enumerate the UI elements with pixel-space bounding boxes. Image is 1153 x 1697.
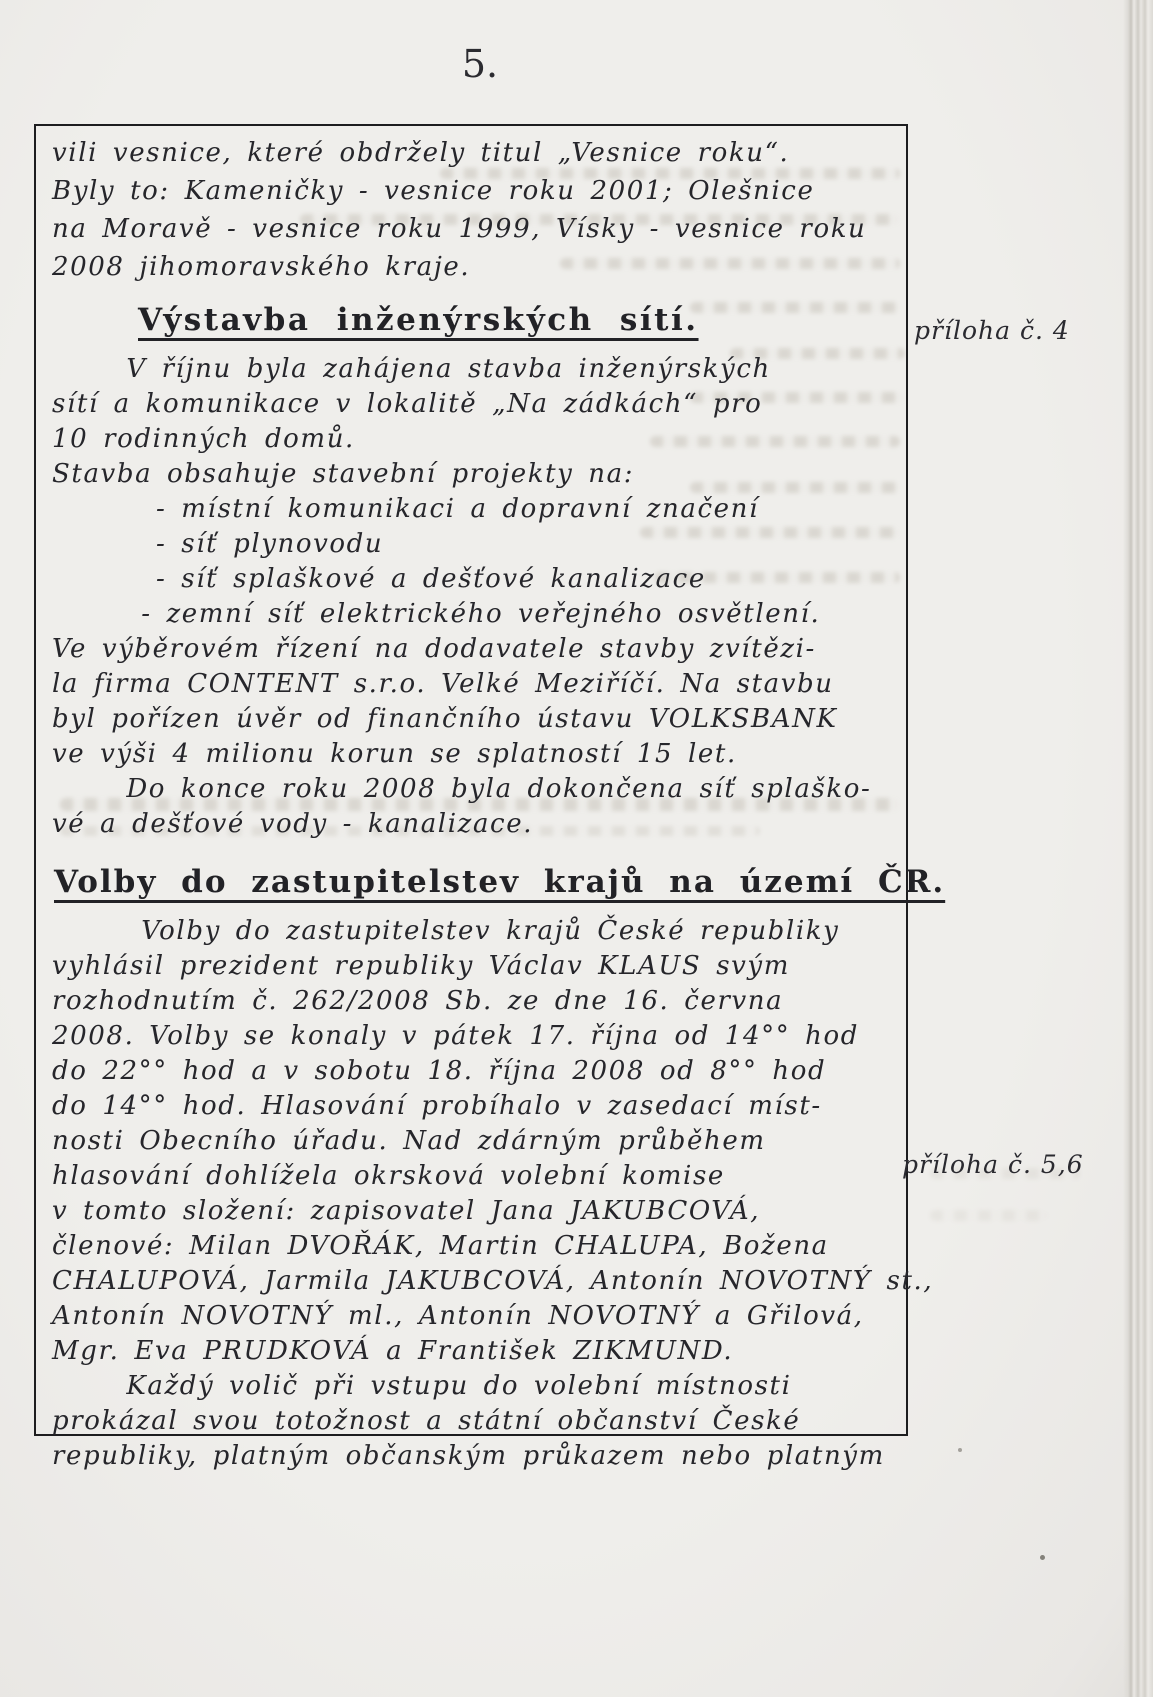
handwritten-line: prokázal svou totožnost a státní občanst…	[52, 1404, 900, 1439]
handwritten-line: rozhodnutím č. 262/2008 Sb. ze dne 16. č…	[52, 984, 900, 1019]
handwritten-line: Ve výběrovém řízení na dodavatele stavby…	[52, 632, 900, 667]
handwritten-line: členové: Milan DVOŘÁK, Martin CHALUPA, B…	[52, 1229, 900, 1264]
handwritten-line: byl pořízen úvěr od finančního ústavu VO…	[52, 702, 900, 737]
text-frame: vili vesnice, které obdržely titul „Vesn…	[34, 124, 908, 1436]
paragraph-volby-do-zastupitelstev: Volby do zastupitelstev krajů České repu…	[52, 914, 900, 1474]
handwritten-line: 2008. Volby se konaly v pátek 17. října …	[52, 1019, 900, 1054]
bleedthrough-ghost-text	[930, 1210, 1050, 1221]
paragraph-vystavba-inzenyrskych-siti: V říjnu byla zahájena stavba inženýrskýc…	[52, 352, 900, 842]
book-page-edge-strips	[1123, 0, 1153, 1697]
handwritten-line: Mgr. Eva PRUDKOVÁ a František ZIKMUND.	[52, 1334, 900, 1369]
handwritten-line: Stavba obsahuje stavební projekty na:	[52, 457, 900, 492]
scanned-chronicle-page: 5. vili vesnice, které obdržely titul „V…	[0, 0, 1153, 1697]
handwritten-line: v tomto složení: zapisovatel Jana JAKUBC…	[52, 1194, 900, 1229]
scan-speck	[958, 1448, 962, 1452]
handwritten-line: na Moravě - vesnice roku 1999, Vísky - v…	[52, 210, 900, 248]
handwritten-line: vé a dešťové vody - kanalizace.	[52, 807, 900, 842]
handwritten-line: V říjnu byla zahájena stavba inženýrskýc…	[52, 352, 900, 387]
handwritten-line: Volby do zastupitelstev krajů České repu…	[52, 914, 900, 949]
margin-note-priloha-5-6: příloha č. 5,6	[902, 1150, 1084, 1179]
scan-speck	[1040, 1555, 1045, 1560]
handwritten-line: CHALUPOVÁ, Jarmila JAKUBCOVÁ, Antonín NO…	[52, 1264, 900, 1299]
handwritten-line: ve výši 4 milionu korun se splatností 15…	[52, 737, 900, 772]
handwritten-line: la firma CONTENT s.r.o. Velké Meziříčí. …	[52, 667, 900, 702]
handwritten-line: hlasování dohlížela okrsková volební kom…	[52, 1159, 900, 1194]
handwritten-line: sítí a komunikace v lokalitě „Na zádkách…	[52, 387, 900, 422]
handwritten-line: 10 rodinných domů.	[52, 422, 900, 457]
handwritten-line: - síť splaškové a dešťové kanalizace	[52, 562, 900, 597]
handwritten-line: - místní komunikaci a dopravní značení	[52, 492, 900, 527]
paragraph-intro-vesnice-roku: vili vesnice, které obdržely titul „Vesn…	[52, 134, 900, 286]
handwritten-line: vili vesnice, které obdržely titul „Vesn…	[52, 134, 900, 172]
handwritten-line: Každý volič při vstupu do volební místno…	[52, 1369, 900, 1404]
handwritten-line: do 22°° hod a v sobotu 18. října 2008 od…	[52, 1054, 900, 1089]
handwritten-line: Do konce roku 2008 byla dokončena síť sp…	[52, 772, 900, 807]
section1-heading: Výstavba inženýrských sítí.	[138, 300, 900, 340]
handwritten-line: - síť plynovodu	[52, 527, 900, 562]
section2-heading: Volby do zastupitelstev krajů na území Č…	[54, 862, 900, 902]
handwritten-line: nosti Obecního úřadu. Nad zdárným průběh…	[52, 1124, 900, 1159]
handwritten-line: Antonín NOVOTNÝ ml., Antonín NOVOTNÝ a G…	[52, 1299, 900, 1334]
page-number: 5.	[0, 42, 960, 86]
handwritten-line: Byly to: Kameničky - vesnice roku 2001; …	[52, 172, 900, 210]
handwritten-line: vyhlásil prezident republiky Václav KLAU…	[52, 949, 900, 984]
handwritten-line: republiky, platným občanským průkazem ne…	[52, 1439, 900, 1474]
handwritten-line: - zemní síť elektrického veřejného osvět…	[52, 597, 900, 632]
margin-note-priloha-4: příloha č. 4	[914, 316, 1070, 345]
handwritten-line: do 14°° hod. Hlasování probíhalo v zased…	[52, 1089, 900, 1124]
handwritten-line: 2008 jihomoravského kraje.	[52, 248, 900, 286]
